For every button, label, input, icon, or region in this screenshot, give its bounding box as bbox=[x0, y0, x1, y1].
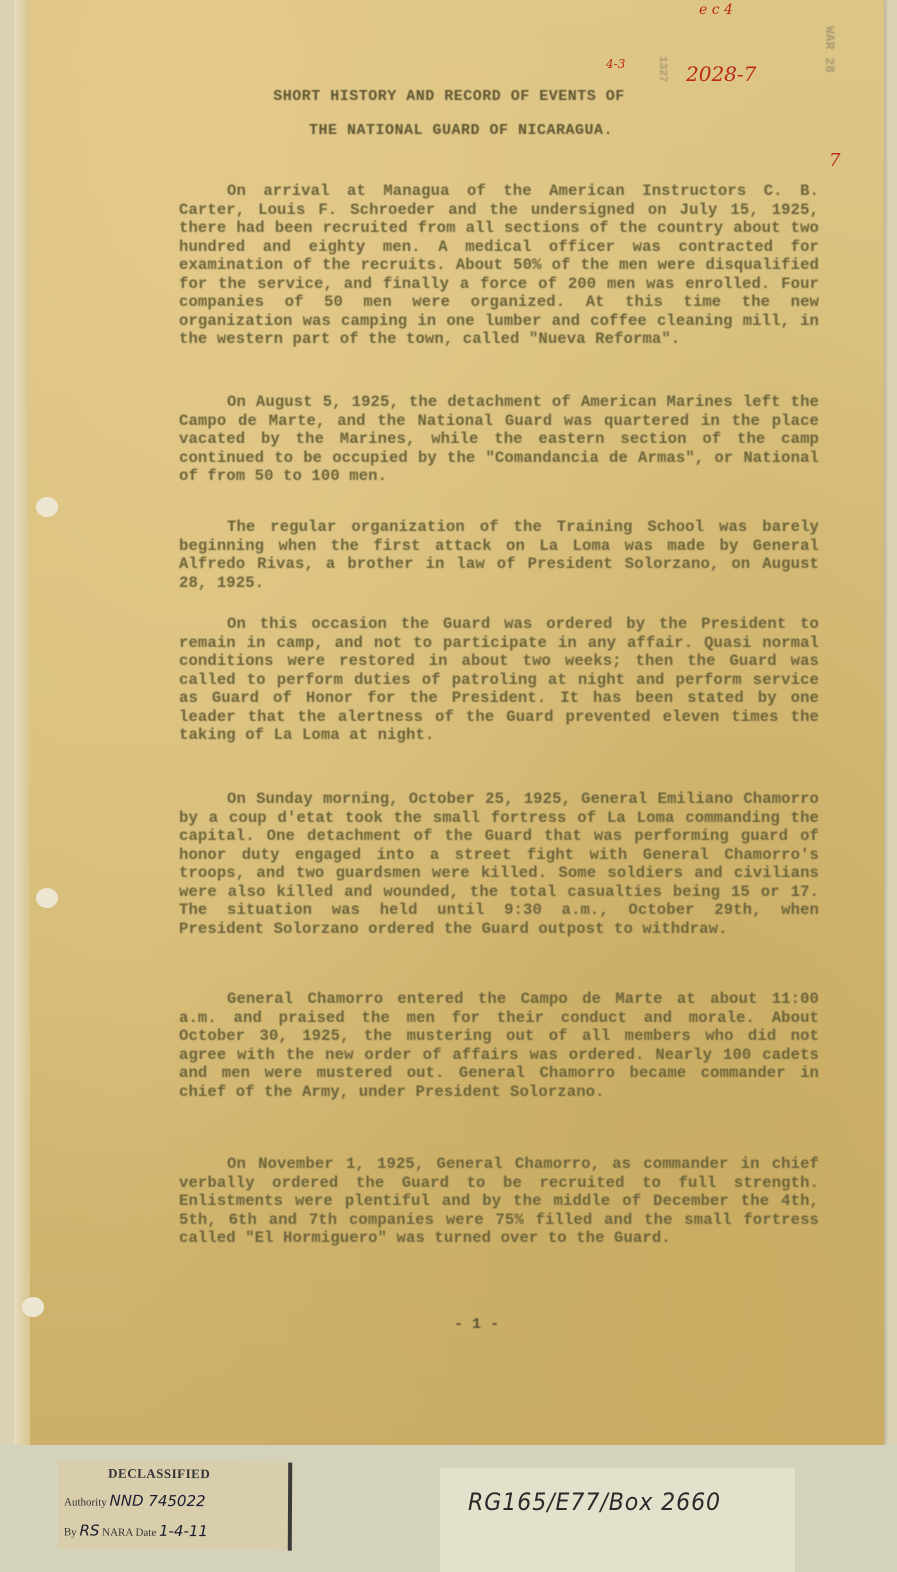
paragraph-4: On this occasion the Guard was ordered b… bbox=[179, 615, 819, 745]
declassified-heading: DECLASSIFIED bbox=[108, 1466, 210, 1483]
red-annotation-top: e c 4 bbox=[699, 2, 733, 18]
punch-hole bbox=[36, 888, 58, 908]
vertical-stamp-right: WAR 28 bbox=[822, 26, 837, 73]
archive-box-reference: RG165/E77/Box 2660 bbox=[468, 1488, 721, 1516]
red-file-number: 2028-7 bbox=[686, 62, 756, 86]
by-value: RS bbox=[79, 1522, 99, 1540]
authority-value: NND 745022 bbox=[110, 1492, 206, 1511]
red-annotation-seven: 7 bbox=[829, 150, 840, 171]
page-edge bbox=[14, 0, 30, 1445]
paragraph-2: On August 5, 1925, the detachment of Ame… bbox=[179, 393, 819, 486]
red-annotation-small: 4-3 bbox=[606, 57, 625, 71]
archive-label-background bbox=[440, 1468, 795, 1572]
document-title-line-2: THE NATIONAL GUARD OF NICARAGUA. bbox=[26, 122, 896, 139]
document-title-line-1: SHORT HISTORY AND RECORD OF EVENTS OF bbox=[14, 88, 884, 105]
vertical-stamp-number: 1327 bbox=[656, 56, 668, 82]
paragraph-6: General Chamorro entered the Campo de Ma… bbox=[179, 990, 819, 1101]
authority-label: Authority bbox=[64, 1496, 107, 1508]
paragraph-1: On arrival at Managua of the American In… bbox=[179, 182, 819, 349]
by-date-row: By RS NARA Date 1-4-11 bbox=[64, 1521, 208, 1540]
authority-row: Authority NND 745022 bbox=[64, 1491, 206, 1510]
punch-hole bbox=[36, 497, 58, 517]
declassified-stamp: DECLASSIFIED Authority NND 745022 By RS … bbox=[58, 1461, 292, 1550]
date-value: 1-4-11 bbox=[159, 1522, 208, 1540]
document-page: SHORT HISTORY AND RECORD OF EVENTS OF TH… bbox=[14, 0, 884, 1445]
paragraph-3: The regular organization of the Training… bbox=[179, 518, 819, 592]
page-number: - 1 - bbox=[454, 1316, 499, 1333]
punch-hole bbox=[22, 1297, 44, 1317]
paragraph-7: On November 1, 1925, General Chamorro, a… bbox=[179, 1155, 819, 1248]
nara-date-label: NARA Date bbox=[102, 1527, 156, 1539]
paragraph-5: On Sunday morning, October 25, 1925, Gen… bbox=[179, 790, 819, 938]
by-label: By bbox=[64, 1526, 77, 1538]
